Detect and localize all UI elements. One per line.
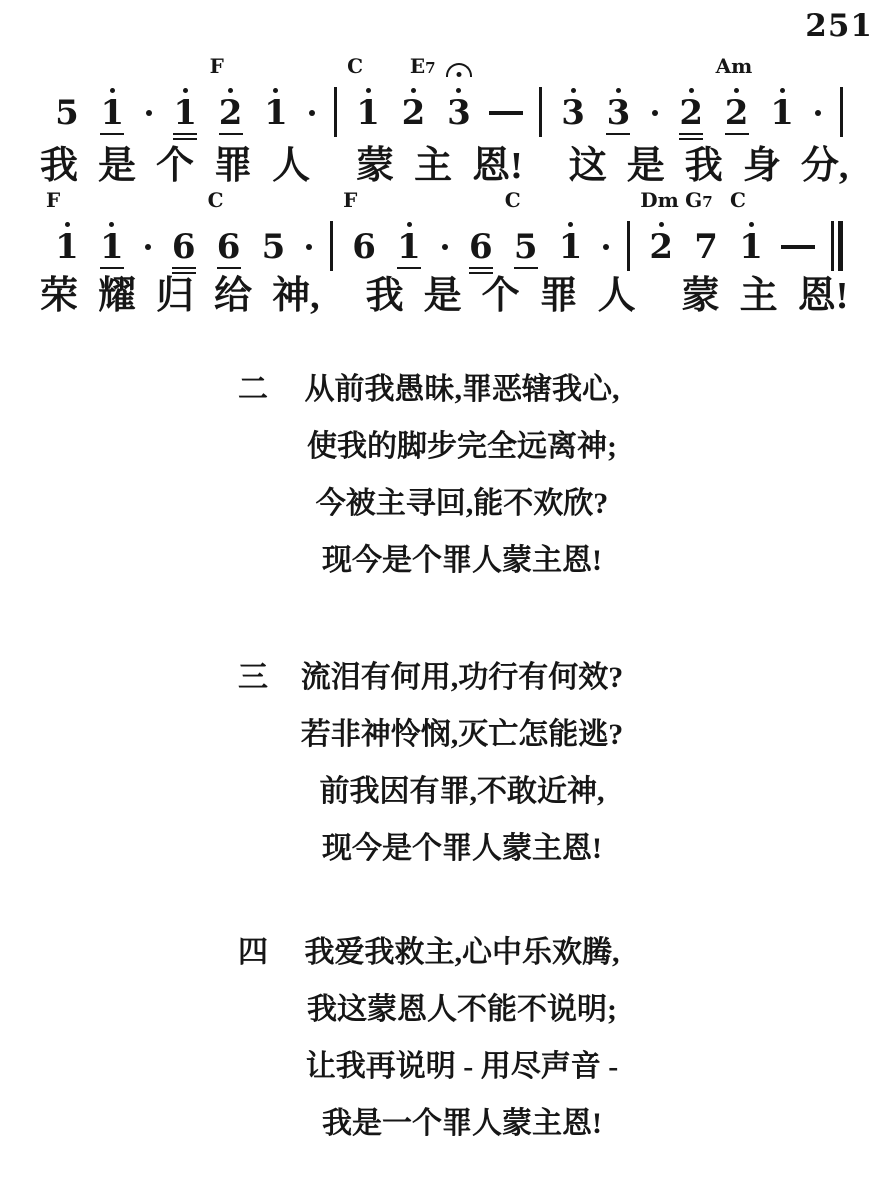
underline-zone bbox=[100, 130, 124, 142]
note-digit: 7 bbox=[694, 230, 718, 264]
octave-dot bbox=[659, 222, 664, 227]
note: F2 bbox=[216, 54, 246, 142]
barline-glyph bbox=[334, 87, 337, 137]
note: 2 bbox=[676, 54, 706, 142]
chord-label: F bbox=[46, 190, 60, 210]
held-note-dash-glyph bbox=[781, 245, 815, 249]
rhythm-dot bbox=[439, 188, 451, 276]
octave-dot bbox=[228, 88, 233, 93]
note-underline bbox=[100, 133, 124, 136]
underline-zone bbox=[219, 130, 243, 142]
octave-dot bbox=[734, 88, 739, 93]
note: 1 bbox=[767, 54, 797, 142]
note-digit: 6 bbox=[217, 230, 241, 264]
note-underline bbox=[469, 267, 493, 270]
note-underline bbox=[725, 133, 749, 136]
note-digit: 1 bbox=[397, 230, 421, 264]
rhythm-dot bbox=[812, 54, 824, 142]
note-underline bbox=[606, 133, 630, 136]
note-underline bbox=[514, 267, 538, 270]
chord-root: F bbox=[210, 54, 224, 78]
chord-label: C bbox=[505, 190, 521, 210]
rhythm-dot bbox=[303, 188, 315, 276]
note: 1 bbox=[261, 54, 291, 142]
note: 5 bbox=[258, 188, 288, 276]
lyric-syllable: 给 bbox=[214, 276, 252, 316]
lyric-phrase: 蒙主恩! bbox=[356, 146, 523, 186]
lyric-syllable: 荣 bbox=[40, 276, 78, 316]
rhythm-dot-glyph bbox=[145, 244, 151, 250]
final-barline-thin bbox=[831, 221, 834, 271]
notation-line-2: F116C65F616C51Dm2G77C1 bbox=[52, 188, 844, 276]
note-digit: 6 bbox=[352, 230, 376, 264]
verse-line: 从前我愚昧,罪恶辖我心, bbox=[286, 361, 638, 418]
note: 1 bbox=[556, 188, 586, 276]
fermata-dot bbox=[456, 72, 461, 77]
lyric-phrase: 这是我身分, bbox=[569, 146, 849, 186]
note-underline bbox=[679, 138, 703, 141]
verse-number: 三 bbox=[238, 649, 278, 706]
held-note-dash-glyph bbox=[489, 111, 523, 115]
octave-dot bbox=[366, 88, 371, 93]
lyric-syllable: 神, bbox=[272, 276, 320, 316]
chord-extension: 7 bbox=[702, 193, 712, 211]
lyric-syllable: 人 bbox=[598, 276, 636, 316]
chord-label: E7 bbox=[410, 56, 436, 78]
verse-number: 四 bbox=[238, 924, 278, 981]
note-digit: 2 bbox=[649, 230, 673, 264]
lyrics-line-1: 我是个罪人蒙主恩!这是我身分, bbox=[40, 146, 848, 186]
note-digit: 1 bbox=[739, 230, 763, 264]
underline-zone bbox=[606, 130, 630, 142]
lyric-syllable: 个 bbox=[156, 146, 194, 186]
note-underline bbox=[217, 267, 241, 270]
note: C1 bbox=[736, 188, 766, 276]
rhythm-dot-glyph bbox=[652, 110, 658, 116]
barline-glyph bbox=[539, 87, 542, 137]
rhythm-dot-glyph bbox=[306, 244, 312, 250]
note-digit: 6 bbox=[172, 230, 196, 264]
note-digit: 1 bbox=[100, 230, 124, 264]
note: C5 bbox=[511, 188, 541, 276]
chord-root: C bbox=[730, 188, 746, 212]
rhythm-dot-glyph bbox=[603, 244, 609, 250]
verse-lines: 我爱我救主,心中乐欢腾,我这蒙恩人不能不说明;让我再说明 - 用尽声音 -我是一… bbox=[286, 924, 638, 1152]
note: C1 bbox=[353, 54, 383, 142]
note-digit: 5 bbox=[514, 230, 538, 264]
note-underline bbox=[100, 267, 124, 270]
octave-dot bbox=[456, 88, 461, 93]
note-underline bbox=[397, 267, 421, 270]
note-underline bbox=[469, 272, 493, 275]
rhythm-dot-glyph bbox=[146, 110, 152, 116]
note-digit: 3 bbox=[607, 96, 631, 130]
lyric-syllable: 蒙 bbox=[356, 146, 394, 186]
note-digit: 5 bbox=[262, 230, 286, 264]
verse-number: 二 bbox=[238, 361, 278, 418]
chord-root: Dm bbox=[640, 188, 679, 212]
lyric-phrase: 荣耀归给神, bbox=[40, 276, 320, 316]
barline bbox=[330, 188, 334, 276]
verse-3: 三流泪有何用,功行有何效?若非神怜悯,灭亡怎能逃?前我因有罪,不敢近神,现今是个… bbox=[238, 649, 638, 877]
barline bbox=[334, 54, 338, 142]
octave-dot bbox=[109, 222, 114, 227]
note: Dm2 bbox=[646, 188, 676, 276]
note-digit: 2 bbox=[219, 96, 243, 130]
chord-label: Dm bbox=[640, 190, 679, 210]
note-digit: 2 bbox=[679, 96, 703, 130]
lyric-syllable: 我 bbox=[40, 146, 78, 186]
rhythm-dot-glyph bbox=[442, 244, 448, 250]
lyric-syllable: 主 bbox=[414, 146, 452, 186]
note-digit: 1 bbox=[770, 96, 794, 130]
chord-root: F bbox=[343, 188, 357, 212]
lyric-syllable: 归 bbox=[156, 276, 194, 316]
note: C6 bbox=[214, 188, 244, 276]
verse-line: 现今是个罪人蒙主恩! bbox=[286, 532, 638, 589]
rhythm-dot-glyph bbox=[309, 110, 315, 116]
chord-label: Am bbox=[716, 56, 753, 76]
underline-zone bbox=[679, 130, 703, 142]
rhythm-dot bbox=[306, 54, 318, 142]
lyric-syllable: 罪 bbox=[214, 146, 252, 186]
note: 5 bbox=[52, 54, 82, 142]
note: G77 bbox=[691, 188, 721, 276]
underline-zone bbox=[173, 130, 197, 142]
note: 6 bbox=[169, 188, 199, 276]
note: 1 bbox=[170, 54, 200, 142]
verse-line: 流泪有何用,功行有何效? bbox=[286, 649, 638, 706]
lyric-syllable: 我 bbox=[366, 276, 404, 316]
barline bbox=[840, 54, 844, 142]
note-digit: 5 bbox=[55, 96, 79, 130]
verse-line: 今被主寻回,能不欢欣? bbox=[286, 475, 638, 532]
octave-dot bbox=[183, 88, 188, 93]
octave-dot bbox=[780, 88, 785, 93]
note: Am2 bbox=[722, 54, 752, 142]
chord-root: E bbox=[410, 54, 425, 78]
barline-glyph bbox=[627, 221, 630, 271]
chord-label: G7 bbox=[685, 190, 713, 212]
chord-label: C bbox=[730, 190, 746, 210]
verse-line: 让我再说明 - 用尽声音 - bbox=[286, 1038, 638, 1095]
note-digit: 1 bbox=[356, 96, 380, 130]
chord-root: C bbox=[208, 188, 224, 212]
note-underline bbox=[172, 267, 196, 270]
verse-line: 使我的脚步完全远离神; bbox=[286, 418, 638, 475]
note-digit: 3 bbox=[447, 96, 471, 130]
chord-root: F bbox=[46, 188, 60, 212]
octave-dot bbox=[110, 88, 115, 93]
lyrics-line-2: 荣耀归给神,我是个罪人蒙主恩! bbox=[40, 276, 848, 316]
octave-dot bbox=[571, 88, 576, 93]
octave-dot bbox=[65, 222, 70, 227]
note-underline bbox=[679, 133, 703, 136]
note: 1 bbox=[97, 188, 127, 276]
chord-label: F bbox=[343, 190, 357, 210]
octave-dot bbox=[689, 88, 694, 93]
verse-line: 我是一个罪人蒙主恩! bbox=[286, 1095, 638, 1152]
lyric-syllable: 人 bbox=[272, 146, 310, 186]
note: E73 bbox=[444, 54, 474, 142]
notation-line-1: 511F21C12E73332Am21 bbox=[52, 54, 844, 142]
note-underline bbox=[219, 133, 243, 136]
octave-dot bbox=[616, 88, 621, 93]
chord-root: Am bbox=[716, 54, 753, 78]
verse-line: 若非神怜悯,灭亡怎能逃? bbox=[286, 706, 638, 763]
lyric-syllable: 是 bbox=[98, 146, 136, 186]
lyric-syllable: 蒙 bbox=[682, 276, 720, 316]
lyric-syllable: 是 bbox=[627, 146, 665, 186]
note-underline bbox=[173, 133, 197, 136]
verse-lines: 从前我愚昧,罪恶辖我心,使我的脚步完全远离神;今被主寻回,能不欢欣?现今是个罪人… bbox=[286, 361, 638, 589]
note: 3 bbox=[603, 54, 633, 142]
chord-extension: 7 bbox=[425, 59, 435, 77]
lyric-syllable: 我 bbox=[685, 146, 723, 186]
lyric-syllable: 分, bbox=[801, 146, 849, 186]
rhythm-dot bbox=[143, 54, 155, 142]
lyric-syllable: 身 bbox=[743, 146, 781, 186]
hymn-page: 251 511F21C12E73332Am21 我是个罪人蒙主恩!这是我身分, … bbox=[0, 0, 885, 1195]
note: 1 bbox=[97, 54, 127, 142]
lyric-syllable: 罪 bbox=[540, 276, 578, 316]
verse-line: 我这蒙恩人不能不说明; bbox=[286, 981, 638, 1038]
lyric-syllable: 是 bbox=[424, 276, 462, 316]
lyric-syllable: 这 bbox=[569, 146, 607, 186]
barline bbox=[539, 54, 543, 142]
octave-dot bbox=[568, 222, 573, 227]
octave-dot bbox=[411, 88, 416, 93]
lyric-phrase: 我是个罪人 bbox=[40, 146, 310, 186]
lyric-syllable: 耀 bbox=[98, 276, 136, 316]
lyric-syllable: 主 bbox=[740, 276, 778, 316]
rhythm-dot-glyph bbox=[815, 110, 821, 116]
note-digit: 2 bbox=[725, 96, 749, 130]
note-digit: 1 bbox=[559, 230, 583, 264]
note-digit: 1 bbox=[264, 96, 288, 130]
note-digit: 1 bbox=[101, 96, 125, 130]
octave-dot bbox=[407, 222, 412, 227]
barline-glyph bbox=[330, 221, 333, 271]
verse-line: 前我因有罪,不敢近神, bbox=[286, 763, 638, 820]
chord-root: C bbox=[347, 54, 363, 78]
verse-2: 二从前我愚昧,罪恶辖我心,使我的脚步完全远离神;今被主寻回,能不欢欣?现今是个罪… bbox=[238, 361, 638, 589]
lyric-syllable: 恩! bbox=[472, 146, 523, 186]
final-barline bbox=[830, 188, 844, 276]
note-digit: 2 bbox=[402, 96, 426, 130]
note-underline bbox=[172, 272, 196, 275]
chord-root: C bbox=[505, 188, 521, 212]
fermata-icon bbox=[446, 63, 472, 77]
note-digit: 1 bbox=[55, 230, 79, 264]
note: F1 bbox=[52, 188, 82, 276]
note-digit: 1 bbox=[173, 96, 197, 130]
rhythm-dot bbox=[142, 188, 154, 276]
chord-label: F bbox=[210, 56, 224, 76]
note-underline bbox=[173, 138, 197, 141]
note: 1 bbox=[394, 188, 424, 276]
chord-label: C bbox=[208, 190, 224, 210]
barline bbox=[627, 188, 631, 276]
rhythm-dot bbox=[649, 54, 661, 142]
verse-line: 现今是个罪人蒙主恩! bbox=[286, 820, 638, 877]
note: 6 bbox=[466, 188, 496, 276]
held-note-dash bbox=[781, 188, 815, 276]
octave-dot bbox=[273, 88, 278, 93]
lyric-syllable: 恩! bbox=[798, 276, 849, 316]
note-digit: 3 bbox=[561, 96, 585, 130]
verse-lines: 流泪有何用,功行有何效?若非神怜悯,灭亡怎能逃?前我因有罪,不敢近神,现今是个罪… bbox=[286, 649, 638, 877]
page-number: 251 bbox=[805, 8, 873, 44]
note: F6 bbox=[349, 188, 379, 276]
note: 3 bbox=[558, 54, 588, 142]
octave-dot bbox=[749, 222, 754, 227]
lyric-phrase: 蒙主恩! bbox=[682, 276, 849, 316]
chord-label: C bbox=[347, 56, 363, 76]
verse-4: 四我爱我救主,心中乐欢腾,我这蒙恩人不能不说明;让我再说明 - 用尽声音 -我是… bbox=[238, 924, 638, 1152]
note-digit: 6 bbox=[469, 230, 493, 264]
held-note-dash bbox=[489, 54, 523, 142]
lyric-syllable: 个 bbox=[482, 276, 520, 316]
final-barline-thick bbox=[838, 221, 844, 271]
verse-line: 我爱我救主,心中乐欢腾, bbox=[286, 924, 638, 981]
chord-root: G bbox=[685, 188, 702, 212]
underline-zone bbox=[725, 130, 749, 142]
lyric-phrase: 我是个罪人 bbox=[366, 276, 636, 316]
barline-glyph bbox=[840, 87, 843, 137]
rhythm-dot bbox=[600, 188, 612, 276]
